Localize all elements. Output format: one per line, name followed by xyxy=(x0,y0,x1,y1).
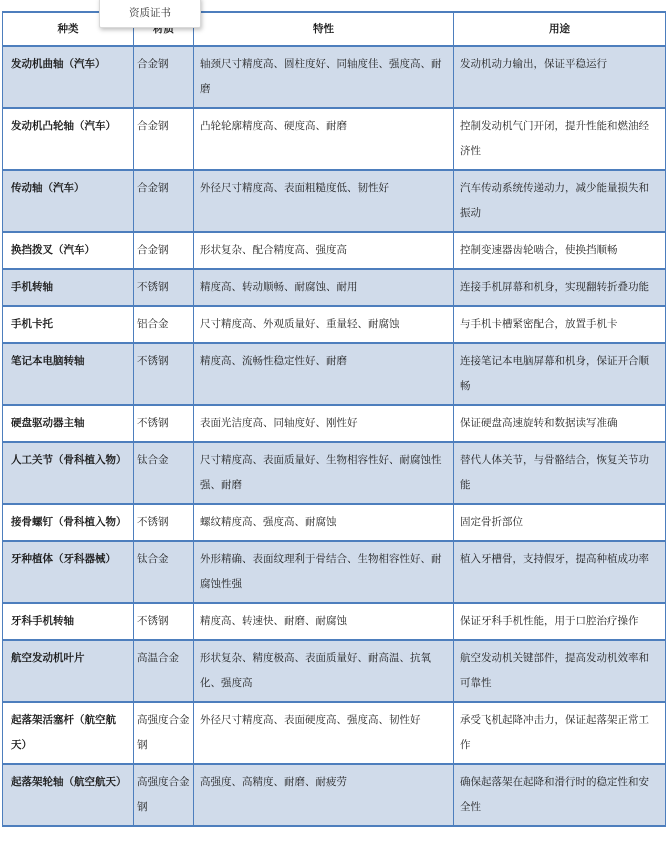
table-row: 发动机凸轮轴（汽车） 合金钢 凸轮轮廓精度高、硬度高、耐磨 控制发动机气门开闭，… xyxy=(3,108,666,170)
cell-features: 形状复杂、配合精度高、强度高 xyxy=(194,232,454,269)
cell-material: 合金钢 xyxy=(134,232,194,269)
cell-type: 换挡拨叉（汽车） xyxy=(3,232,134,269)
table-row: 手机转轴 不锈钢 精度高、转动顺畅、耐腐蚀、耐用 连接手机屏幕和机身，实现翻转折… xyxy=(3,269,666,306)
cell-type: 发动机曲轴（汽车） xyxy=(3,46,134,108)
qualification-tooltip: 资质证书 xyxy=(99,0,201,28)
cell-features: 精度高、转动顺畅、耐腐蚀、耐用 xyxy=(194,269,454,306)
cell-type: 牙科手机转轴 xyxy=(3,603,134,640)
cell-features: 外径尺寸精度高、表面硬度高、强度高、韧性好 xyxy=(194,702,454,764)
cell-usage: 替代人体关节，与骨骼结合，恢复关节功能 xyxy=(454,442,666,504)
cell-features: 凸轮轮廓精度高、硬度高、耐磨 xyxy=(194,108,454,170)
cell-type: 笔记本电脑转轴 xyxy=(3,343,134,405)
cell-usage: 汽车传动系统传递动力，减少能量损失和振动 xyxy=(454,170,666,232)
cell-material: 高强度合金钢 xyxy=(134,764,194,826)
cell-material: 不锈钢 xyxy=(134,269,194,306)
cell-material: 钛合金 xyxy=(134,442,194,504)
cell-features: 螺纹精度高、强度高、耐腐蚀 xyxy=(194,504,454,541)
cell-features: 轴颈尺寸精度高、圆柱度好、同轴度佳、强度高、耐磨 xyxy=(194,46,454,108)
cell-material: 钛合金 xyxy=(134,541,194,603)
cell-features: 尺寸精度高、表面质量好、生物相容性好、耐腐蚀性强、耐磨 xyxy=(194,442,454,504)
table-row: 手机卡托 铝合金 尺寸精度高、外观质量好、重量轻、耐腐蚀 与手机卡槽紧密配合，放… xyxy=(3,306,666,343)
cell-material: 不锈钢 xyxy=(134,405,194,442)
cell-features: 精度高、流畅性稳定性好、耐磨 xyxy=(194,343,454,405)
cell-type: 手机卡托 xyxy=(3,306,134,343)
cell-type: 起落架活塞杆（航空航天） xyxy=(3,702,134,764)
cell-usage: 连接手机屏幕和机身，实现翻转折叠功能 xyxy=(454,269,666,306)
table-row: 换挡拨叉（汽车） 合金钢 形状复杂、配合精度高、强度高 控制变速器齿轮啮合，使换… xyxy=(3,232,666,269)
cell-usage: 与手机卡槽紧密配合，放置手机卡 xyxy=(454,306,666,343)
cell-features: 表面光洁度高、同轴度好、刚性好 xyxy=(194,405,454,442)
cell-features: 精度高、转速快、耐磨、耐腐蚀 xyxy=(194,603,454,640)
table-row: 人工关节（骨科植入物） 钛合金 尺寸精度高、表面质量好、生物相容性好、耐腐蚀性强… xyxy=(3,442,666,504)
cell-type: 航空发动机叶片 xyxy=(3,640,134,702)
cell-material: 高强度合金钢 xyxy=(134,702,194,764)
cell-features: 外径尺寸精度高、表面粗糙度低、韧性好 xyxy=(194,170,454,232)
cell-material: 高温合金 xyxy=(134,640,194,702)
table-row: 起落架轮轴（航空航天） 高强度合金钢 高强度、高精度、耐磨、耐疲劳 确保起落架在… xyxy=(3,764,666,826)
cell-usage: 保证硬盘高速旋转和数据读写准确 xyxy=(454,405,666,442)
cell-usage: 保证牙科手机性能，用于口腔治疗操作 xyxy=(454,603,666,640)
table-row: 传动轴（汽车） 合金钢 外径尺寸精度高、表面粗糙度低、韧性好 汽车传动系统传递动… xyxy=(3,170,666,232)
tooltip-label: 资质证书 xyxy=(129,5,171,20)
column-header-usage: 用途 xyxy=(454,12,666,46)
cell-features: 高强度、高精度、耐磨、耐疲劳 xyxy=(194,764,454,826)
table-row: 硬盘驱动器主轴 不锈钢 表面光洁度高、同轴度好、刚性好 保证硬盘高速旋转和数据读… xyxy=(3,405,666,442)
cell-type: 牙种植体（牙科器械） xyxy=(3,541,134,603)
cell-material: 铝合金 xyxy=(134,306,194,343)
cell-material: 合金钢 xyxy=(134,170,194,232)
table-row: 发动机曲轴（汽车） 合金钢 轴颈尺寸精度高、圆柱度好、同轴度佳、强度高、耐磨 发… xyxy=(3,46,666,108)
cell-usage: 航空发动机关键部件，提高发动机效率和可靠性 xyxy=(454,640,666,702)
cell-type: 起落架轮轴（航空航天） xyxy=(3,764,134,826)
cell-features: 形状复杂、精度极高、表面质量好、耐高温、抗氧化、强度高 xyxy=(194,640,454,702)
cell-type: 人工关节（骨科植入物） xyxy=(3,442,134,504)
table-row: 起落架活塞杆（航空航天） 高强度合金钢 外径尺寸精度高、表面硬度高、强度高、韧性… xyxy=(3,702,666,764)
cell-usage: 植入牙槽骨，支持假牙，提高种植成功率 xyxy=(454,541,666,603)
cell-usage: 确保起落架在起降和滑行时的稳定性和安全性 xyxy=(454,764,666,826)
page: 资质证书 种类 材质 特性 用途 发动机曲轴（汽车） 合金钢 轴颈尺寸精度高、圆… xyxy=(0,0,667,845)
cell-type: 硬盘驱动器主轴 xyxy=(3,405,134,442)
cell-usage: 承受飞机起降冲击力，保证起落架正常工作 xyxy=(454,702,666,764)
cell-type: 手机转轴 xyxy=(3,269,134,306)
cell-material: 不锈钢 xyxy=(134,343,194,405)
cell-features: 尺寸精度高、外观质量好、重量轻、耐腐蚀 xyxy=(194,306,454,343)
column-header-features: 特性 xyxy=(194,12,454,46)
table-row: 接骨螺钉（骨科植入物） 不锈钢 螺纹精度高、强度高、耐腐蚀 固定骨折部位 xyxy=(3,504,666,541)
cell-material: 不锈钢 xyxy=(134,504,194,541)
cell-usage: 控制发动机气门开闭，提升性能和燃油经济性 xyxy=(454,108,666,170)
table-row: 笔记本电脑转轴 不锈钢 精度高、流畅性稳定性好、耐磨 连接笔记本电脑屏幕和机身，… xyxy=(3,343,666,405)
cell-material: 合金钢 xyxy=(134,108,194,170)
material-spec-table: 种类 材质 特性 用途 发动机曲轴（汽车） 合金钢 轴颈尺寸精度高、圆柱度好、同… xyxy=(2,11,666,827)
table-row: 航空发动机叶片 高温合金 形状复杂、精度极高、表面质量好、耐高温、抗氧化、强度高… xyxy=(3,640,666,702)
cell-features: 外形精确、表面纹理利于骨结合、生物相容性好、耐腐蚀性强 xyxy=(194,541,454,603)
cell-usage: 发动机动力输出，保证平稳运行 xyxy=(454,46,666,108)
cell-usage: 固定骨折部位 xyxy=(454,504,666,541)
cell-type: 传动轴（汽车） xyxy=(3,170,134,232)
cell-type: 接骨螺钉（骨科植入物） xyxy=(3,504,134,541)
table-row: 牙科手机转轴 不锈钢 精度高、转速快、耐磨、耐腐蚀 保证牙科手机性能，用于口腔治… xyxy=(3,603,666,640)
cell-material: 合金钢 xyxy=(134,46,194,108)
cell-material: 不锈钢 xyxy=(134,603,194,640)
cell-usage: 连接笔记本电脑屏幕和机身，保证开合顺畅 xyxy=(454,343,666,405)
cell-type: 发动机凸轮轴（汽车） xyxy=(3,108,134,170)
cell-usage: 控制变速器齿轮啮合，使换挡顺畅 xyxy=(454,232,666,269)
table-row: 牙种植体（牙科器械） 钛合金 外形精确、表面纹理利于骨结合、生物相容性好、耐腐蚀… xyxy=(3,541,666,603)
